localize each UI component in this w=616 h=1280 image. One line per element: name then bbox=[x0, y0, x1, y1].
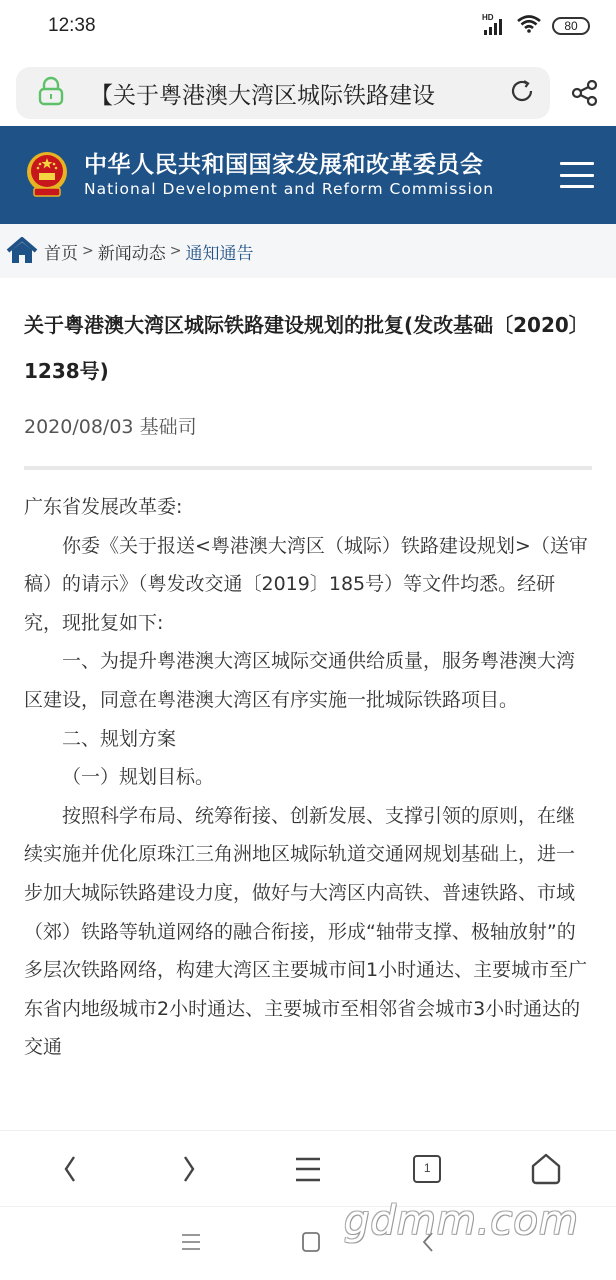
site-titles: 中华人民共和国国家发展和改革委员会 National Development a… bbox=[84, 151, 560, 199]
menu-icon bbox=[294, 1155, 322, 1183]
home-square-icon[interactable] bbox=[301, 1231, 321, 1257]
status-icons: HD 80 bbox=[482, 14, 590, 38]
breadcrumb-notices[interactable]: 通知通告 bbox=[185, 239, 253, 264]
recents-icon[interactable] bbox=[181, 1233, 201, 1255]
hamburger-menu-icon[interactable] bbox=[560, 162, 594, 188]
article-paragraph: 二、规划方案 bbox=[24, 720, 592, 759]
article-meta: 2020/08/03 基础司 bbox=[24, 412, 592, 442]
status-bar: 12:38 HD 80 bbox=[0, 0, 616, 52]
battery-indicator: 80 bbox=[552, 17, 590, 35]
forward-button[interactable] bbox=[164, 1144, 214, 1194]
address-bar[interactable]: 【关于粤港澳大湾区城际铁路建设 bbox=[16, 67, 550, 119]
national-emblem-logo[interactable] bbox=[24, 150, 70, 200]
lock-icon[interactable] bbox=[38, 76, 64, 110]
status-time: 12:38 bbox=[48, 15, 96, 37]
menu-button[interactable] bbox=[283, 1144, 333, 1194]
reload-icon[interactable] bbox=[508, 77, 536, 109]
home-icon[interactable] bbox=[6, 237, 38, 265]
signal-icon: HD bbox=[482, 16, 506, 36]
page-title-in-address-bar[interactable]: 【关于粤港澳大湾区城际铁路建设 bbox=[90, 77, 498, 110]
article-date: 2020/08/03 bbox=[24, 416, 134, 438]
article-paragraph: 按照科学布局、统筹衔接、创新发展、支撑引领的原则，在继续实施并优化原珠江三角洲地… bbox=[24, 797, 592, 1067]
article-title: 关于粤港澳大湾区城际铁路建设规划的批复(发改基础〔2020〕1238号) bbox=[24, 302, 592, 394]
divider bbox=[24, 466, 592, 470]
breadcrumb-separator: > bbox=[170, 243, 182, 259]
article-paragraph: （一）规划目标。 bbox=[24, 758, 592, 797]
breadcrumb: 首页 > 新闻动态 > 通知通告 bbox=[0, 224, 616, 278]
breadcrumb-separator: > bbox=[82, 243, 94, 259]
browser-address-bar-row: 【关于粤港澳大湾区城际铁路建设 bbox=[0, 52, 616, 126]
home-button[interactable] bbox=[521, 1144, 571, 1194]
tab-count: 1 bbox=[413, 1155, 441, 1183]
site-title-en: National Development and Reform Commissi… bbox=[84, 179, 560, 199]
back-button[interactable] bbox=[45, 1144, 95, 1194]
article-department: 基础司 bbox=[140, 416, 197, 438]
site-title-cn: 中华人民共和国国家发展和改革委员会 bbox=[84, 151, 560, 179]
breadcrumb-home[interactable]: 首页 bbox=[44, 239, 78, 264]
watermark: gdmm.com bbox=[344, 1198, 579, 1244]
network-label: HD bbox=[482, 13, 494, 22]
share-button[interactable] bbox=[570, 78, 600, 108]
forward-icon bbox=[179, 1154, 199, 1184]
article-paragraph: 广东省发展改革委: bbox=[24, 488, 592, 527]
breadcrumb-news[interactable]: 新闻动态 bbox=[98, 239, 166, 264]
wifi-icon bbox=[516, 14, 542, 38]
site-header: 中华人民共和国国家发展和改革委员会 National Development a… bbox=[0, 126, 616, 224]
article-paragraph: 一、为提升粤港澳大湾区城际交通供给质量，服务粤港澳大湾区建设，同意在粤港澳大湾区… bbox=[24, 642, 592, 719]
back-icon bbox=[60, 1154, 80, 1184]
tabs-button[interactable]: 1 bbox=[402, 1144, 452, 1194]
browser-toolbar: 1 bbox=[0, 1130, 616, 1206]
article-body: 广东省发展改革委: 你委《关于报送<粤港澳大湾区（城际）铁路建设规划>（送审稿）… bbox=[24, 488, 592, 1067]
home-icon bbox=[530, 1153, 562, 1185]
article-paragraph: 你委《关于报送<粤港澳大湾区（城际）铁路建设规划>（送审稿）的请示》（粤发改交通… bbox=[24, 527, 592, 643]
share-icon bbox=[571, 79, 599, 107]
article: 关于粤港澳大湾区城际铁路建设规划的批复(发改基础〔2020〕1238号) 202… bbox=[0, 278, 616, 1067]
